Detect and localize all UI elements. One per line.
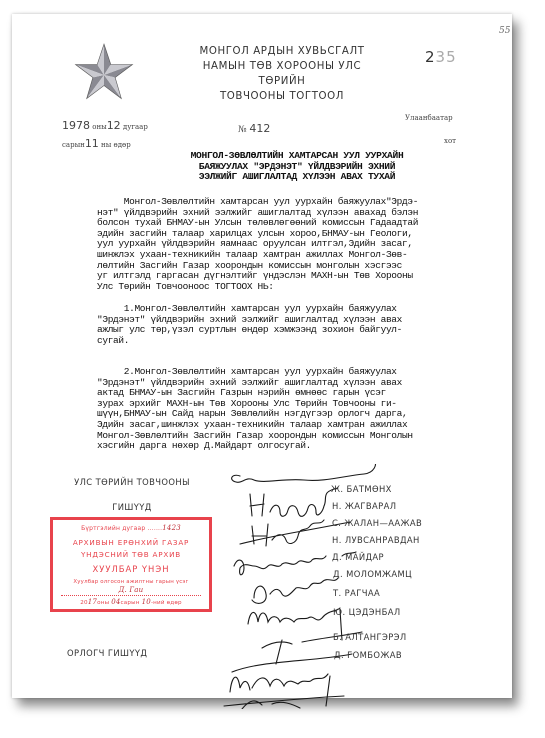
signer-name: Д. ГОМБОЖАВ [334,650,402,660]
header-line: МОНГОЛ АРДЫН ХУВЬСГАЛТ [182,44,382,59]
stamp-line: ХУУЛБАР ҮНЭН [53,564,209,574]
stamp-certifier-label: Хуулбар олгосон ажилтны гарын үсэг [53,579,209,585]
paragraph-preamble: Монгол-Зөвлөлтийн хамтарсан уул уурхайн … [97,197,418,292]
paragraph-clause-2: 2.Монгол-Зөвлөлтийн хамтарсан уул уурхай… [97,367,413,452]
date-day: сарын11 ны өдөр [62,137,131,150]
signer-name: С. ЖАЛАН—ААЖАВ [332,518,422,528]
signer-name: Ю. ЦЭДЭНБАЛ [333,607,401,617]
signer-name: Ж. БАТМӨНХ [331,484,392,494]
city: Улаанбаатар [405,114,453,122]
resolution-subject: МОНГОЛ-ЗӨВЛӨЛТИЙН ХАМТАРСАН УУЛ УУРХАЙН … [172,151,422,183]
page-number-mark: 55 [499,26,510,36]
archive-certification-stamp: Бүртгэлийн дугаар .......1423 АРХИВЫН ЕР… [50,517,212,612]
signer-name: Д. МОЛОМЖАМЦ [333,569,412,579]
stamp-registration: Бүртгэлийн дугаар .......1423 [53,524,209,532]
stamp-certifier-signature: Д. Гаи [53,586,209,594]
subject-line: МОНГОЛ-ЗӨВЛӨЛТИЙН ХАМТАРСАН УУЛ УУРХАЙН [172,151,422,162]
stamp-line: ҮНДЭСНИЙ ТӨВ АРХИВ [53,550,209,559]
doc-number-printed: 2 [425,48,436,66]
stamp-date: 2017оны 04сарын 10-ний өдөр [53,598,209,606]
signer-name: Б. АЛТАНГЭРЭЛ [333,632,407,642]
paragraph-clause-1: 1.Монгол-Зөвлөлтийн хамтарсан уул уурхай… [97,304,402,346]
star-emblem-icon [74,42,134,102]
city-suffix: хот [444,137,456,145]
document-page: 55 МОНГОЛ АРДЫН ХУВЬСГАЛТ НАМЫН ТӨВ ХОРО… [12,14,512,698]
document-number: 235 [425,48,457,66]
signer-name: Д. МАЙДАР [332,552,384,562]
header-line: НАМЫН ТӨВ ХОРООНЫ УЛС ТӨРИЙН [182,59,382,89]
stamp-dotted-line [61,595,201,596]
header-line: ТОВЧООНЫ ТОГТООЛ [182,89,382,104]
signer-name: Н. ЛУВСАНРАВДАН [332,535,420,545]
members-label: УЛС ТӨРИЙН ТОВЧООНЫ ГИШҮҮД [62,470,202,520]
candidate-members-label: ОРЛОГЧ ГИШҮҮД [67,648,147,658]
signer-name: Н. ЖАГВАРАЛ [332,501,396,511]
subject-line: ЭЭЛЖИЙГ АШИГЛАЛТАД ХҮЛЭЭН АВАХ ТУХАЙ [172,172,422,183]
resolution-number: № 412 [238,122,270,135]
stamp-line: АРХИВЫН ЕРӨНХИЙ ГАЗАР [53,538,209,547]
document-header: МОНГОЛ АРДЫН ХУВЬСГАЛТ НАМЫН ТӨВ ХОРООНЫ… [182,44,382,104]
signer-name: Т. РАГЧАА [333,588,380,598]
date-year-month: 1978 оны12 дугаар [62,119,148,132]
doc-number-faint: 35 [436,48,457,66]
